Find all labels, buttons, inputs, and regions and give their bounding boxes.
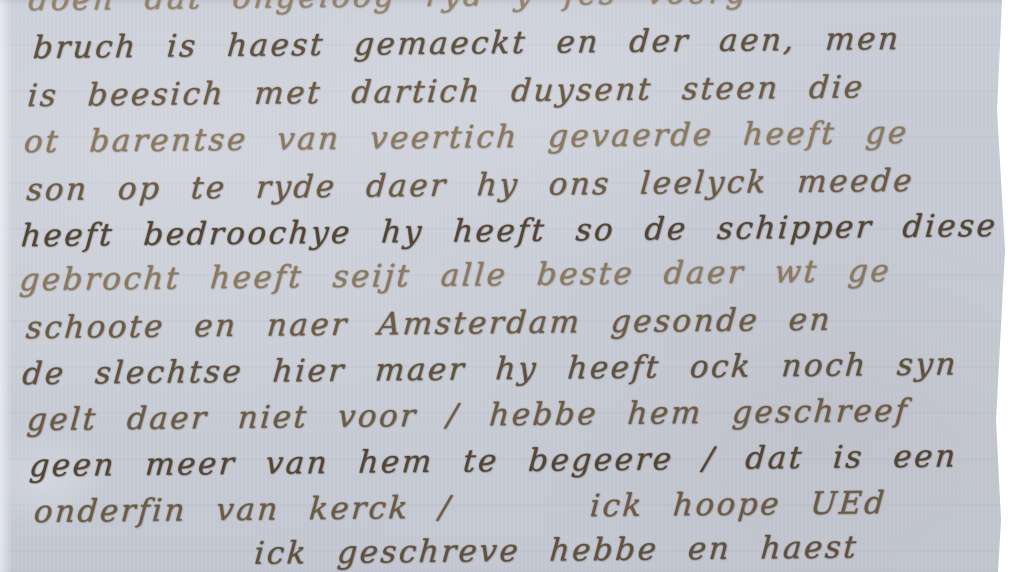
manuscript-line: son op te ryde daer hy ons leelyck meede <box>25 163 915 208</box>
manuscript-line: heeft bedroochye hy heeft so de schipper… <box>20 208 999 254</box>
manuscript-line: doen dat ongeloog ryd y fes voerg <box>27 0 750 18</box>
manuscript-page: doen dat ongeloog ryd y fes voerg bruch … <box>0 0 1024 572</box>
manuscript-line: ot barentse van veertich gevaerde heeft … <box>23 115 910 160</box>
manuscript-line: de slechtse hier maer hy heeft ock noch … <box>21 346 959 392</box>
manuscript-line: ick geschreve hebbe en haest <box>253 529 860 571</box>
manuscript-line: onderfin van kerck /ick hoope UEd <box>33 485 888 530</box>
manuscript-line: geen meer van hem te begeere / dat is ee… <box>28 438 959 484</box>
scanned-manuscript: doen dat ongeloog ryd y fes voerg bruch … <box>0 0 1024 572</box>
manuscript-line: bruch is haest gemaeckt en der aen, men <box>32 21 902 66</box>
manuscript-line: is beesich met dartich duysent steen die <box>26 69 866 114</box>
manuscript-line-right-segment: ick hoope UEd <box>589 485 888 524</box>
manuscript-text-block: doen dat ongeloog ryd y fes voerg bruch … <box>0 0 1024 572</box>
manuscript-line-left-segment: onderfin van kerck / <box>33 490 454 530</box>
manuscript-line: gelt daer niet voor / hebbe hem geschree… <box>26 393 911 438</box>
manuscript-line: schoote en naer Amsterdam gesonde en <box>25 302 834 346</box>
manuscript-line: gebrocht heeft seijt alle beste daer wt … <box>18 253 892 298</box>
